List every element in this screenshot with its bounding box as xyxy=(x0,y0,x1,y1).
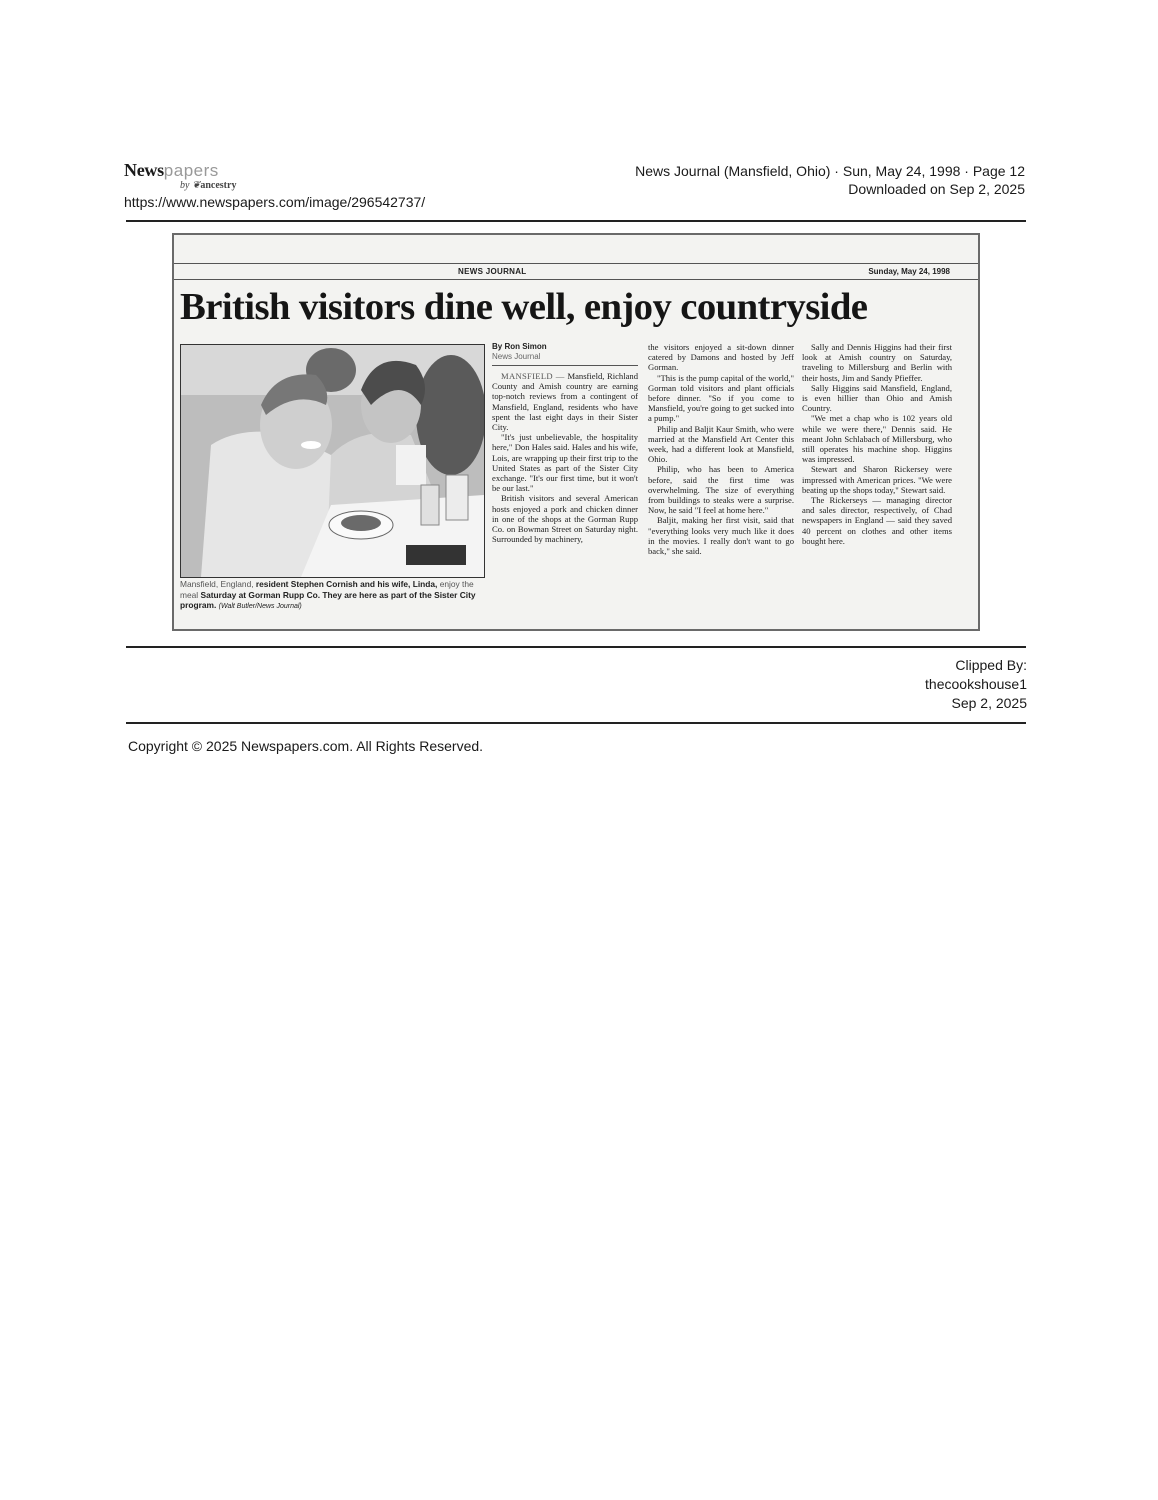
logo-by-prefix: by xyxy=(180,180,189,191)
masthead-date: Sunday, May 24, 1998 xyxy=(868,267,950,276)
download-line: Downloaded on Sep 2, 2025 xyxy=(635,180,1025,198)
newspapers-logo[interactable]: Newspapers by ❦ancestry xyxy=(124,160,324,196)
article-paragraph: MANSFIELD — Mansfield, Richland County a… xyxy=(492,371,638,432)
copyright-notice: Copyright © 2025 Newspapers.com. All Rig… xyxy=(128,738,483,754)
publication-info: News Journal (Mansfield, Ohio) · Sun, Ma… xyxy=(635,162,1025,198)
caption-text-part: Mansfield, England, xyxy=(180,579,256,589)
article-paragraph: Baljit, making her first visit, said tha… xyxy=(648,515,794,556)
photo-credit: (Walt Butler/News Journal) xyxy=(219,603,302,610)
article-headline: British visitors dine well, enjoy countr… xyxy=(180,285,867,329)
logo-name-bold: News xyxy=(124,160,164,180)
article-column-3: Sally and Dennis Higgins had their first… xyxy=(802,342,952,546)
article-paragraph: Sally Higgins said Mansfield, England, i… xyxy=(802,383,952,414)
article-paragraph: The Rickerseys — managing director and s… xyxy=(802,495,952,546)
photo-dinner-guests-image xyxy=(181,345,484,577)
article-photo xyxy=(180,344,485,578)
clipped-date: Sep 2, 2025 xyxy=(925,694,1027,713)
footer-divider xyxy=(126,722,1026,724)
article-paragraph: "We met a chap who is 102 years old whil… xyxy=(802,413,952,464)
clipped-by-user[interactable]: thecookshouse1 xyxy=(925,675,1027,694)
article-paragraph: "This is the pump capital of the world,"… xyxy=(648,373,794,424)
masthead-rule-top xyxy=(174,263,978,264)
publication-line: News Journal (Mansfield, Ohio) · Sun, Ma… xyxy=(635,162,1025,180)
photo-caption: Mansfield, England, resident Stephen Cor… xyxy=(180,579,486,613)
article-paragraph: the visitors enjoyed a sit-down dinner c… xyxy=(648,342,794,373)
article-paragraph: Stewart and Sharon Rickersey were impres… xyxy=(802,464,952,495)
masthead-rule-bottom xyxy=(174,279,978,280)
clipped-by-info: Clipped By: thecookshouse1 Sep 2, 2025 xyxy=(925,656,1027,713)
article-column-2: the visitors enjoyed a sit-down dinner c… xyxy=(648,342,794,556)
header-divider xyxy=(126,220,1026,222)
article-column-1: By Ron Simon News Journal MANSFIELD — Ma… xyxy=(492,342,638,544)
logo-partner: by ❦ancestry xyxy=(180,180,236,191)
article-paragraph: "It's just unbelievable, the hospitality… xyxy=(492,432,638,493)
clipping-divider-bottom xyxy=(126,646,1026,648)
article-paragraph: Philip and Baljit Kaur Smith, who were m… xyxy=(648,424,794,465)
byline-organization: News Journal xyxy=(492,352,638,366)
article-paragraph: British visitors and several American ho… xyxy=(492,493,638,544)
logo-name-light: papers xyxy=(164,161,219,180)
caption-text-part: resident Stephen Cornish and his wife, L… xyxy=(256,579,437,589)
article-dateline: MANSFIELD — xyxy=(501,371,567,381)
article-paragraph: Sally and Dennis Higgins had their first… xyxy=(802,342,952,383)
source-url-link[interactable]: https://www.newspapers.com/image/2965427… xyxy=(124,194,425,210)
logo-partner-name: ancestry xyxy=(200,180,236,191)
article-paragraph: Philip, who has been to America before, … xyxy=(648,464,794,515)
byline-author: By Ron Simon xyxy=(492,342,638,352)
newspaper-clipping: NEWS JOURNAL Sunday, May 24, 1998 Britis… xyxy=(172,233,980,631)
clipped-by-label: Clipped By: xyxy=(925,656,1027,675)
masthead-paper-name: NEWS JOURNAL xyxy=(458,267,527,276)
